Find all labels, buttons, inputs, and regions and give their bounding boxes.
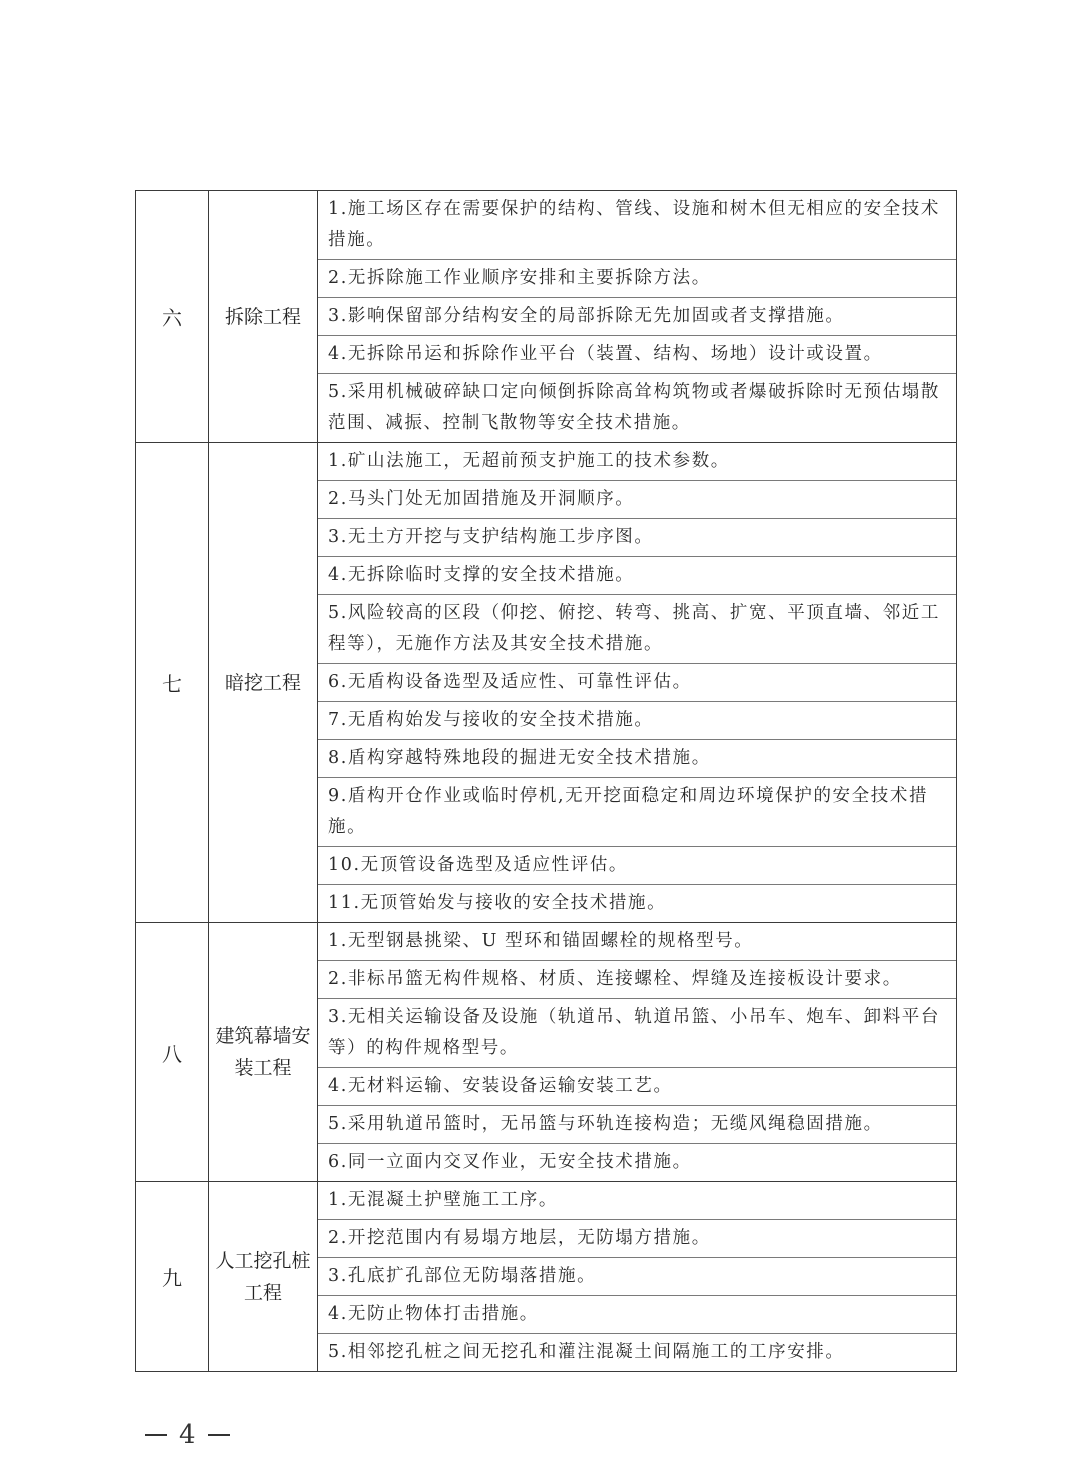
group-number: 八	[136, 923, 209, 1181]
group-category: 建筑幕墙安装工程	[209, 923, 318, 1181]
table-group-manual-pile: 九 人工挖孔桩工程 1.无混凝土护壁施工工序。 2.开挖范围内有易塌方地层，无防…	[136, 1181, 956, 1371]
table-row: 5.风险较高的区段（仰挖、俯挖、转弯、挑高、扩宽、平顶直墙、邻近工程等），无施作…	[318, 594, 956, 663]
table-row: 10.无顶管设备选型及适应性评估。	[318, 846, 956, 884]
table-row: 6.无盾构设备选型及适应性、可靠性评估。	[318, 663, 956, 701]
requirements-table: 六 拆除工程 1.施工场区存在需要保护的结构、管线、设施和树木但无相应的安全技术…	[135, 190, 957, 1372]
table-row: 5.采用轨道吊篮时，无吊篮与环轨连接构造；无缆风绳稳固措施。	[318, 1105, 956, 1143]
group-items: 1.无型钢悬挑梁、U 型环和锚固螺栓的规格型号。 2.非标吊篮无构件规格、材质、…	[318, 923, 956, 1181]
group-category: 人工挖孔桩工程	[209, 1182, 318, 1371]
table-row: 7.无盾构始发与接收的安全技术措施。	[318, 701, 956, 739]
table-group-curtain-wall: 八 建筑幕墙安装工程 1.无型钢悬挑梁、U 型环和锚固螺栓的规格型号。 2.非标…	[136, 922, 956, 1181]
table-row: 3.无相关运输设备及设施（轨道吊、轨道吊篮、小吊车、炮车、卸料平台等）的构件规格…	[318, 998, 956, 1067]
table-row: 2.无拆除施工作业顺序安排和主要拆除方法。	[318, 259, 956, 297]
group-number: 九	[136, 1182, 209, 1371]
table-row: 1.矿山法施工，无超前预支护施工的技术参数。	[318, 443, 956, 480]
table-row: 5.采用机械破碎缺口定向倾倒拆除高耸构筑物或者爆破拆除时无预估塌散范围、减振、控…	[318, 373, 956, 442]
dash-right	[208, 1434, 230, 1436]
table-row: 11.无顶管始发与接收的安全技术措施。	[318, 884, 956, 922]
table-row: 4.无防止物体打击措施。	[318, 1295, 956, 1333]
page-number: 4	[179, 1420, 196, 1450]
table-group-tunneling: 七 暗挖工程 1.矿山法施工，无超前预支护施工的技术参数。 2.马头门处无加固措…	[136, 442, 956, 922]
table-row: 1.无混凝土护壁施工工序。	[318, 1182, 956, 1219]
table-row: 9.盾构开仓作业或临时停机,无开挖面稳定和周边环境保护的安全技术措施。	[318, 777, 956, 846]
table-row: 4.无拆除临时支撑的安全技术措施。	[318, 556, 956, 594]
group-number: 六	[136, 191, 209, 442]
group-category: 暗挖工程	[209, 443, 318, 922]
page-footer: 4	[145, 1420, 230, 1450]
group-category: 拆除工程	[209, 191, 318, 442]
table-row: 5.相邻挖孔桩之间无挖孔和灌注混凝土间隔施工的工序安排。	[318, 1333, 956, 1371]
table-row: 3.无土方开挖与支护结构施工步序图。	[318, 518, 956, 556]
table-row: 2.非标吊篮无构件规格、材质、连接螺栓、焊缝及连接板设计要求。	[318, 960, 956, 998]
group-items: 1.矿山法施工，无超前预支护施工的技术参数。 2.马头门处无加固措施及开洞顺序。…	[318, 443, 956, 922]
dash-left	[145, 1434, 167, 1436]
table-row: 3.影响保留部分结构安全的局部拆除无先加固或者支撑措施。	[318, 297, 956, 335]
table-row: 4.无拆除吊运和拆除作业平台（装置、结构、场地）设计或设置。	[318, 335, 956, 373]
table-group-demolition: 六 拆除工程 1.施工场区存在需要保护的结构、管线、设施和树木但无相应的安全技术…	[136, 191, 956, 442]
table-row: 2.开挖范围内有易塌方地层，无防塌方措施。	[318, 1219, 956, 1257]
table-row: 6.同一立面内交叉作业，无安全技术措施。	[318, 1143, 956, 1181]
table-row: 2.马头门处无加固措施及开洞顺序。	[318, 480, 956, 518]
table-row: 1.施工场区存在需要保护的结构、管线、设施和树木但无相应的安全技术措施。	[318, 191, 956, 259]
group-items: 1.施工场区存在需要保护的结构、管线、设施和树木但无相应的安全技术措施。 2.无…	[318, 191, 956, 442]
table-row: 3.孔底扩孔部位无防塌落措施。	[318, 1257, 956, 1295]
table-row: 8.盾构穿越特殊地段的掘进无安全技术措施。	[318, 739, 956, 777]
table-row: 4.无材料运输、安装设备运输安装工艺。	[318, 1067, 956, 1105]
table-row: 1.无型钢悬挑梁、U 型环和锚固螺栓的规格型号。	[318, 923, 956, 960]
group-number: 七	[136, 443, 209, 922]
group-items: 1.无混凝土护壁施工工序。 2.开挖范围内有易塌方地层，无防塌方措施。 3.孔底…	[318, 1182, 956, 1371]
